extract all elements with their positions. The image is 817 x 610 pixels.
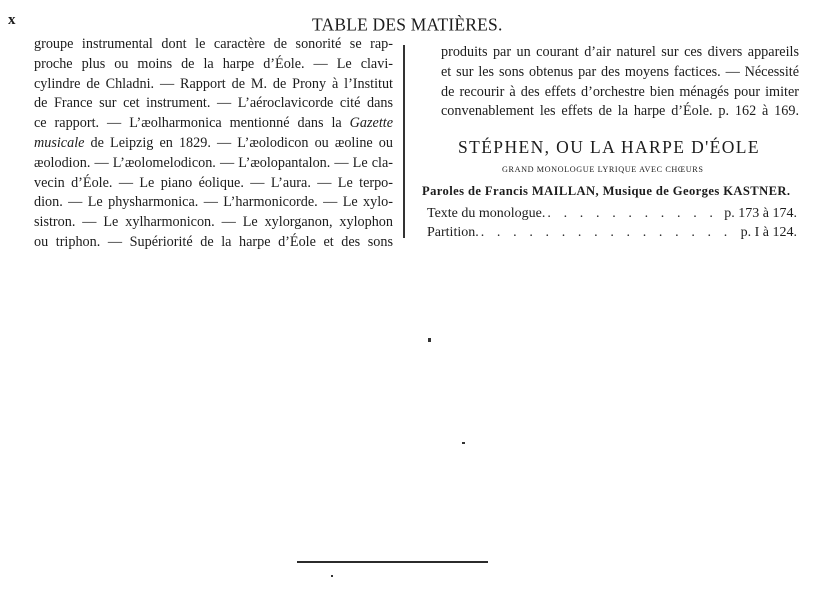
text-line: groupe instrumental dont le caractère de… bbox=[34, 35, 393, 55]
text-line: æolodion. — L’æolomelodicon. — L’æolopan… bbox=[34, 154, 393, 174]
text-line: de recourir à des effets d’orchestre bie… bbox=[441, 83, 799, 103]
text-line: dion. — Le physharmonica. — L’harmonicor… bbox=[34, 193, 393, 213]
section-title: STÉPHEN, OU LA HARPE D'ÉOLE bbox=[458, 137, 760, 158]
text-line-with-italic: ce rapport. — L’æolharmonica mentionné d… bbox=[34, 114, 393, 134]
italic-title: Gazette bbox=[350, 115, 393, 131]
right-column: produits par un courant d’air naturel su… bbox=[441, 43, 799, 122]
leader-dots: . . . . . . . . . . . . . . . . . . . . … bbox=[545, 206, 718, 222]
toc-entry-label: Texte du monologue. bbox=[427, 206, 545, 222]
leader-dots: . . . . . . . . . . . . . . . . . . . . … bbox=[479, 225, 735, 241]
scan-speck bbox=[331, 575, 333, 577]
text-line: vecin d’Éole. — Le piano éolique. — L’au… bbox=[34, 174, 393, 194]
bottom-rule bbox=[297, 561, 488, 563]
text-line: ce rapport. — L’æolharmonica mentionné d… bbox=[34, 115, 342, 131]
toc-entry-pages: p. 173 à 174. bbox=[718, 206, 797, 222]
text-line: produits par un courant d’air naturel su… bbox=[441, 43, 799, 63]
text-line: cylindre de Chladni. — Rapport de M. de … bbox=[34, 75, 393, 95]
text-line: et sur les sons obtenus par des moyens f… bbox=[441, 63, 799, 83]
toc-entry-label: Partition. bbox=[427, 225, 479, 241]
column-divider bbox=[403, 45, 405, 238]
text-line: proche plus ou moins de la harpe d’Éole.… bbox=[34, 55, 393, 75]
section-credits: Paroles de Francis MAILLAN, Musique de G… bbox=[422, 184, 790, 199]
left-column: groupe instrumental dont le caractère de… bbox=[34, 35, 393, 253]
toc-entry: Texte du monologue. . . . . . . . . . . … bbox=[427, 206, 797, 224]
section-subtitle: GRAND MONOLOGUE LYRIQUE AVEC CHŒURS bbox=[502, 165, 704, 174]
scan-speck bbox=[428, 338, 431, 342]
text-line: sistron. — Le xylharmonicon. — Le xylorg… bbox=[34, 213, 393, 233]
page-number: x bbox=[8, 12, 16, 29]
running-head: TABLE DES MATIÈRES. bbox=[312, 13, 503, 35]
text-line-with-italic: musicale de Leipzig en 1829. — L’æolodic… bbox=[34, 134, 393, 154]
text-line: de France sur cet instrument. — L’aérocl… bbox=[34, 94, 393, 114]
scan-speck bbox=[462, 442, 465, 444]
italic-title: musicale bbox=[34, 135, 84, 151]
text-line: convenablement les effets de la harpe d’… bbox=[441, 102, 799, 122]
text-line: ou triphon. — Supériorité de la harpe d’… bbox=[34, 233, 393, 253]
toc-entry: Partition. . . . . . . . . . . . . . . .… bbox=[427, 225, 797, 243]
text-line: de Leipzig en 1829. — L’æolodicon ou æol… bbox=[91, 135, 393, 151]
toc-entry-pages: p. I à 124. bbox=[735, 225, 797, 241]
